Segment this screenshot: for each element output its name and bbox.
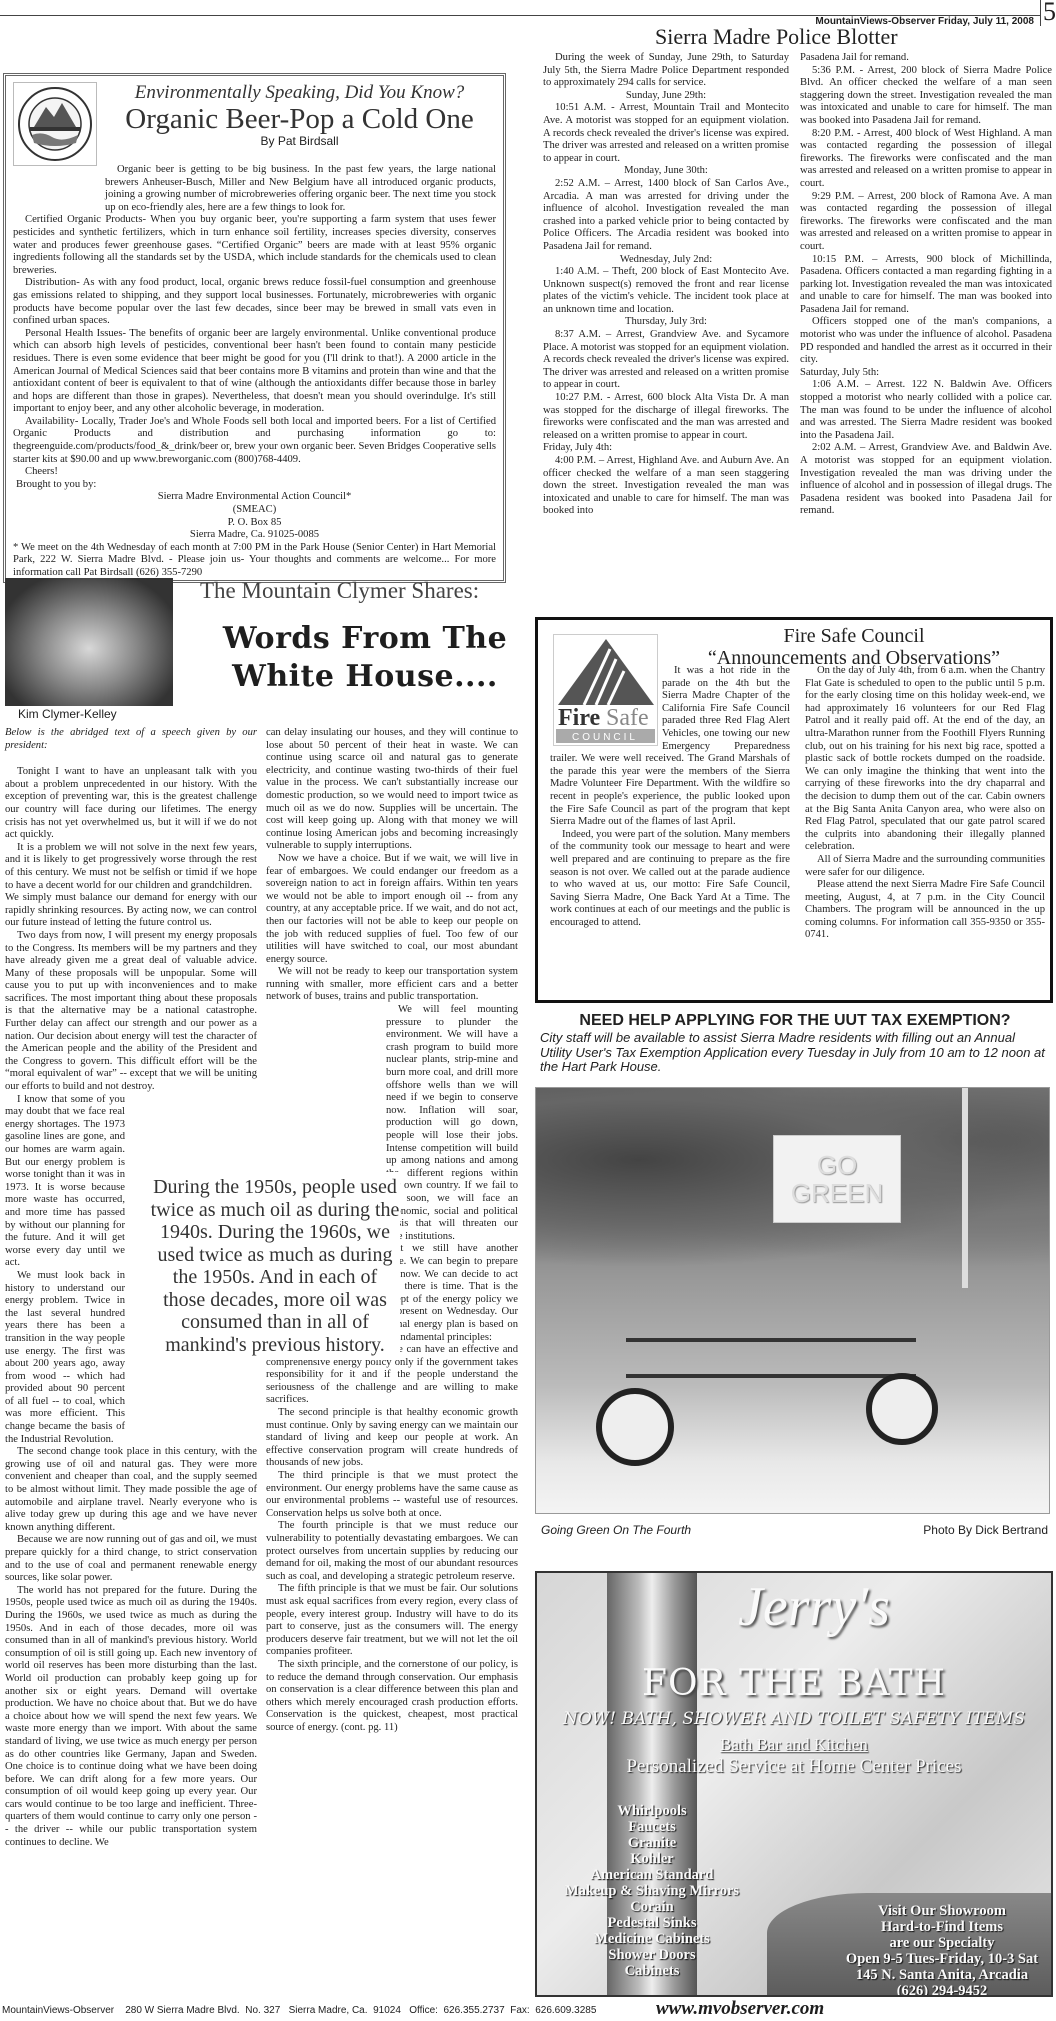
ad-showroom-line: Visit Our Showroom [842, 1903, 1042, 1919]
fire-safe-title-line: Fire Safe Council [658, 625, 1050, 647]
ad-showroom-line: Open 9-5 Tues-Friday, 10-3 Sat [842, 1951, 1042, 1967]
environment-kicker: Environmentally Speaking, Did You Know? [6, 82, 503, 104]
meeting-footnote: * We meet on the 4th Wednesday of each m… [13, 542, 496, 580]
light-pole [962, 1088, 968, 1288]
author-photo-caption: Kim Clymer-Kelley [18, 707, 117, 721]
uut-notice-headline: NEED HELP APPLYING FOR THE UUT TAX EXEMP… [540, 1012, 1050, 1030]
speech-paragraph: The sixth principle, and the cornerstone… [266, 1659, 518, 1735]
blotter-day: Monday, June 30th: [543, 165, 789, 178]
blotter-entry: During the week of Sunday, June 29th, to… [543, 52, 789, 90]
environment-title: Organic Beer-Pop a Cold One [6, 103, 503, 136]
uut-notice-body: City staff will be available to assist S… [540, 1031, 1050, 1075]
ad-showroom-line: 145 N. Santa Anita, Arcadia [842, 1967, 1042, 1983]
environment-paragraph: Personal Health Issues- The benefits of … [13, 328, 496, 416]
speech-paragraph: It is a problem we will not solve in the… [5, 842, 257, 892]
speech-paragraph: The world has not prepared for the futur… [5, 1585, 257, 1849]
org-line: Sierra Madre Environmental Action Counci… [13, 491, 496, 504]
org-line: P. O. Box 85 [13, 517, 496, 530]
org-line: Sierra Madre, Ca. 91025-0085 [13, 529, 496, 542]
fire-safe-column-1: It was a hot ride in the parade on the 4… [550, 665, 790, 929]
blotter-entry: 2:52 A.M. – Arrest, 1400 block of San Ca… [543, 178, 789, 254]
blotter-entry: 8:37 A.M. – Arrest, Grandview Ave. and S… [543, 329, 789, 392]
ad-product: Kohler [557, 1851, 747, 1867]
org-line: (SMEAC) [13, 504, 496, 517]
ad-product: Granite [557, 1835, 747, 1851]
environment-paragraph: Cheers! [13, 466, 496, 479]
photo-credit: Photo By Dick Bertrand [923, 1523, 1048, 1537]
headline-line: White House.... [195, 658, 535, 696]
speech-paragraph: Now we have a choice. But if we wait, we… [266, 853, 518, 966]
brought-by: Brought to you by: [13, 479, 496, 492]
column-kicker: The Mountain Clymer Shares: [200, 578, 479, 604]
ad-line: Bath Bar and Kitchen [537, 1735, 1051, 1755]
jerrys-advertisement: Jerry's FOR THE BATH NOW! BATH, SHOWER A… [535, 1571, 1053, 1997]
fire-safe-title: Fire Safe Council “Announcements and Obs… [658, 625, 1050, 669]
blotter-entry: 4:00 P.M. – Arrest, Highland Ave. and Au… [543, 455, 789, 518]
author-photo [5, 578, 173, 706]
blotter-day: Friday, July 4th: [543, 442, 789, 455]
blotter-entry: 10:15 P.M. – Arrests, 900 block of Michi… [800, 254, 1052, 317]
ad-product: Corain [557, 1899, 747, 1915]
fire-safe-council-box: Fire Safe COUNCIL Fire Safe Council “Ann… [535, 617, 1053, 1003]
ad-product-list: Whirlpools Faucets Granite Kohler Americ… [557, 1803, 747, 1979]
ad-product: American Standard [557, 1867, 747, 1883]
environment-article-box: Environmentally Speaking, Did You Know? … [3, 73, 506, 583]
blotter-entry: 1:40 A.M. – Theft, 200 block of East Mon… [543, 266, 789, 316]
blotter-column-1: During the week of Sunday, June 29th, to… [543, 52, 789, 518]
blotter-entry: 10:51 A.M. - Arrest, Mountain Trail and … [543, 102, 789, 165]
fire-safe-paragraph: Please attend the next Sierra Madre Fire… [805, 879, 1045, 942]
ad-safety-line: NOW! BATH, SHOWER AND TOILET SAFETY ITEM… [537, 1709, 1051, 1729]
parade-photo: GO GREEN [535, 1087, 1050, 1514]
cart-frame [626, 1338, 916, 1378]
photo-caption: Going Green On The Fourth [541, 1523, 691, 1537]
speech-paragraph: can delay insulating our houses, and the… [266, 727, 518, 853]
ad-product: Pedestal Sinks [557, 1915, 747, 1931]
page-number-divider [1040, 0, 1041, 26]
fire-safe-paragraph: All of Sierra Madre and the surrounding … [805, 854, 1045, 879]
blotter-entry: 10:27 P.M. - Arrest, 600 block Alta Vist… [543, 392, 789, 442]
speech-paragraph: We will not be ready to keep our transpo… [266, 966, 518, 1004]
ad-brand: Jerry's [537, 1575, 1051, 1639]
cart-wheel [866, 1373, 938, 1445]
fire-safe-paragraph: On the day of July 4th, from 6 a.m. when… [805, 665, 1045, 854]
pull-quote: During the 1950s, people used twice as m… [150, 1172, 400, 1360]
ad-product: Shower Doors [557, 1947, 747, 1963]
cart-wheel [596, 1388, 674, 1466]
footer-website-link[interactable]: www.mvobserver.com [656, 1998, 824, 2020]
blotter-entry: 9:29 P.M. – Arrest, 200 block of Ramona … [800, 191, 1052, 254]
blotter-day: Thursday, July 3rd: [543, 316, 789, 329]
environment-paragraph: Availability- Locally, Trader Joe's and … [13, 416, 496, 466]
blotter-entry: 8:20 P.M. - Arrest, 400 block of West Hi… [800, 128, 1052, 191]
blotter-entry: Officers stopped one of the man's compan… [800, 316, 1052, 366]
speech-paragraph: I know that some of you may doubt that w… [5, 1094, 125, 1270]
environment-body: Organic beer is getting to be big busine… [13, 164, 496, 580]
speech-paragraph: Because we are now running out of gas an… [5, 1534, 257, 1584]
ad-product: Makeup & Shaving Mirrors [557, 1883, 747, 1899]
ad-showroom-phone: (626) 294-9452 [842, 1983, 1042, 1997]
fire-safe-column-2: On the day of July 4th, from 6 a.m. when… [805, 665, 1045, 942]
environment-paragraph: Distribution- As with any food product, … [13, 277, 496, 327]
ad-showroom-line: are our Specialty [842, 1935, 1042, 1951]
blotter-day: Wednesday, July 2nd: [543, 254, 789, 267]
blotter-column-2: Pasadena Jail for remand. 5:36 P.M. - Ar… [800, 52, 1052, 518]
speech-paragraph: The fifth principle is that we must be f… [266, 1583, 518, 1659]
ad-line: Personalized Service at Home Center Pric… [537, 1756, 1051, 1778]
blotter-entry: 5:36 P.M. - Arrest, 200 block of Sierra … [800, 65, 1052, 128]
column-headline: Words From The White House.... [195, 620, 535, 696]
footer-contact-info: MountainViews-Observer 280 W Sierra Madr… [2, 2005, 596, 2016]
speech-intro: Below is the abridged text of a speech g… [5, 727, 257, 752]
speech-paragraph: Two days from now, I will present my ene… [5, 930, 257, 1094]
environment-paragraph: Organic beer is getting to be big busine… [13, 164, 496, 214]
blotter-entry: 2:02 A.M. – Arrest, Grandview Ave. and B… [800, 442, 1052, 518]
blotter-title: Sierra Madre Police Blotter [655, 24, 898, 50]
ad-tagline: FOR THE BATH [537, 1663, 1051, 1704]
speech-paragraph: Tonight I want to have an unpleasant tal… [5, 766, 257, 842]
ad-showroom-info: Visit Our Showroom Hard-to-Find Items ar… [842, 1903, 1042, 1997]
fire-safe-paragraph: Indeed, you were part of the solution. M… [550, 829, 790, 930]
blotter-entry: Pasadena Jail for remand. [800, 52, 1052, 65]
go-green-sign: GO GREEN [773, 1135, 901, 1223]
ad-product: Whirlpools [557, 1803, 747, 1819]
ad-product: Faucets [557, 1819, 747, 1835]
speech-paragraph: We must look back in history to understa… [5, 1270, 125, 1446]
headline-line: Words From The [195, 620, 535, 658]
ad-product: Cabinets [557, 1963, 747, 1979]
blotter-day: Sunday, June 29th: [543, 90, 789, 103]
speech-paragraph: The second principle is that healthy eco… [266, 1407, 518, 1470]
environment-paragraph: Certified Organic Products- When you buy… [13, 214, 496, 277]
blotter-day: Saturday, July 5th: [800, 367, 1052, 380]
speech-paragraph: The second change took place in this cen… [5, 1446, 257, 1534]
blotter-entry: 1:06 A.M. – Arrest. 122 N. Baldwin Ave. … [800, 379, 1052, 442]
environment-byline: By Pat Birdsall [6, 134, 503, 148]
speech-paragraph: The fourth principle is that we must red… [266, 1520, 518, 1583]
ad-product: Medicine Cabinets [557, 1931, 747, 1947]
page-number: 5 [1043, 0, 1056, 27]
ad-showroom-line: Hard-to-Find Items [842, 1919, 1042, 1935]
speech-paragraph: We simply must balance our demand for en… [5, 892, 257, 930]
speech-paragraph: The third principle is that we must prot… [266, 1470, 518, 1520]
